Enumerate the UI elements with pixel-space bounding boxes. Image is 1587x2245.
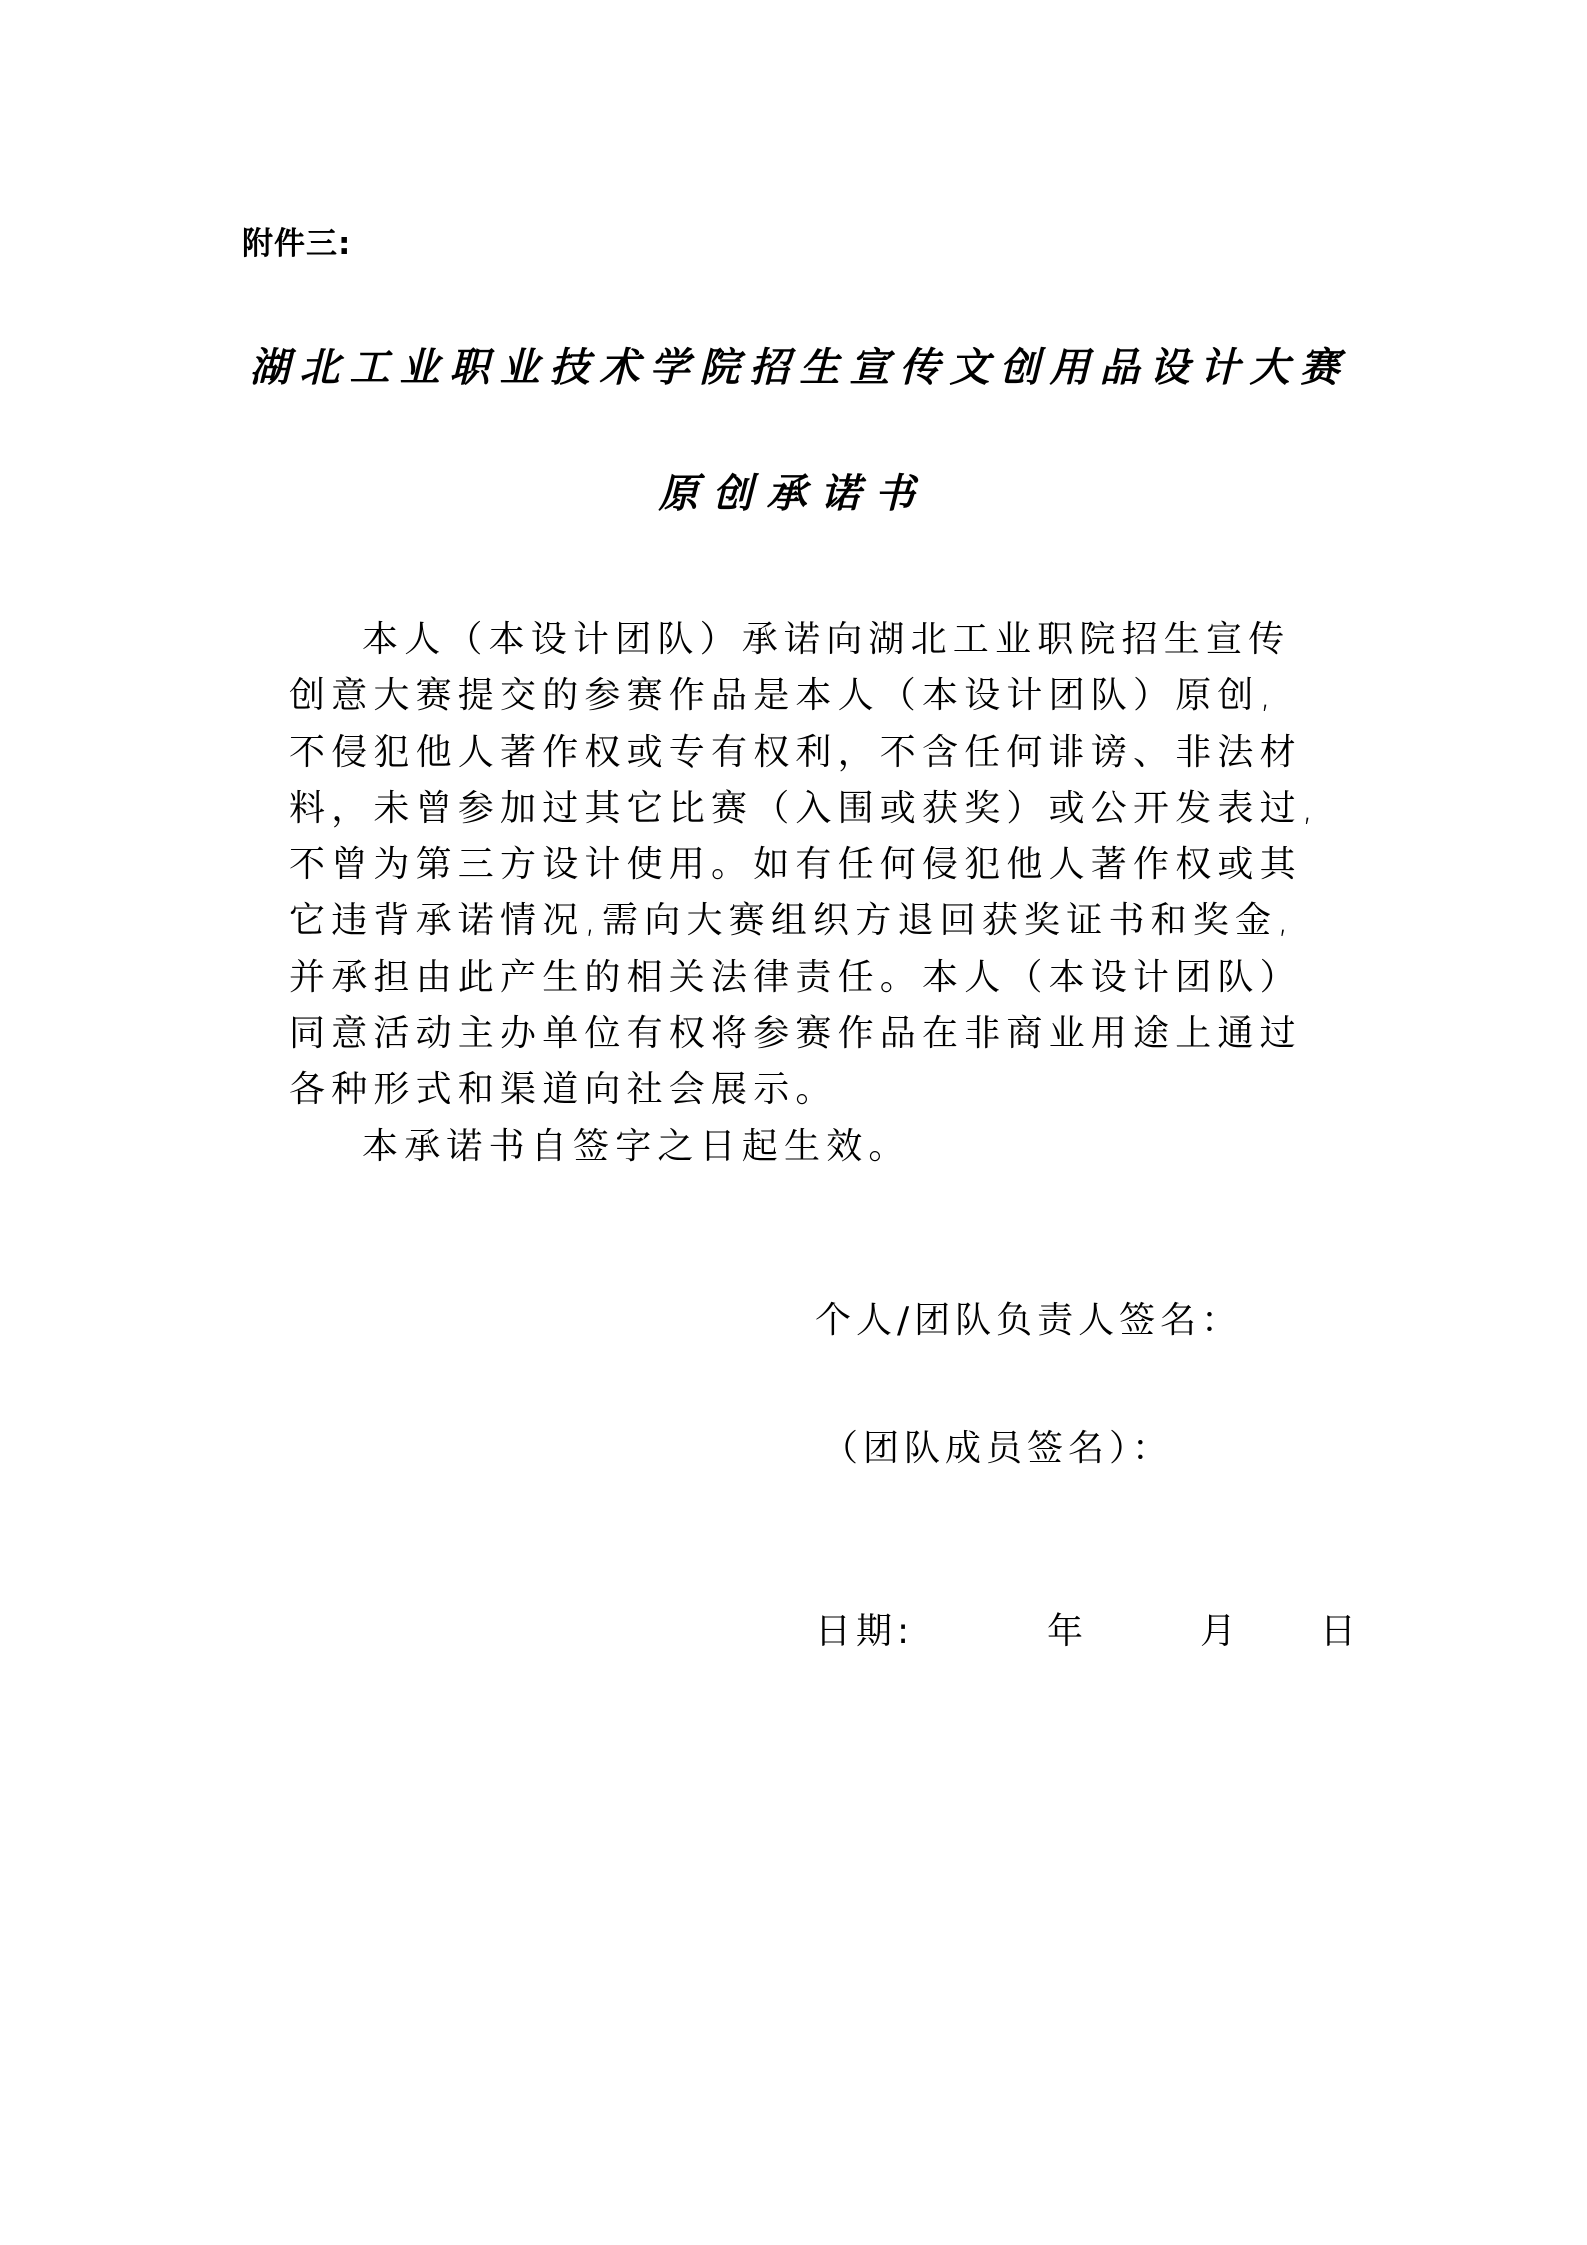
date-day-label: 日 bbox=[1320, 1603, 1361, 1654]
body-line: 本人（本设计团队）承诺向湖北工业职院招生宣传 bbox=[289, 612, 1309, 668]
document-page: 附件三: 湖北工业职业技术学院招生宣传文创用品设计大赛 原创承诺书 本人（本设计… bbox=[0, 0, 1587, 2245]
body-line: 各种形式和渠道向社会展示。 bbox=[289, 1062, 1309, 1118]
body-line: 它违背承诺情况,需向大赛组织方退回获奖证书和奖金, bbox=[289, 893, 1309, 949]
date-year-label: 年 bbox=[1047, 1603, 1088, 1654]
body-line: 料，未曾参加过其它比赛（入围或获奖）或公开发表过, bbox=[289, 781, 1309, 837]
body-line: 并承担由此产生的相关法律责任。本人（本设计团队） bbox=[289, 950, 1309, 1006]
leader-signature-label: 个人/团队负责人签名： bbox=[815, 1292, 1242, 1343]
body-line: 不侵犯他人著作权或专有权利，不含任何诽谤、非法材 bbox=[289, 725, 1309, 781]
date-label: 日期: bbox=[815, 1603, 914, 1654]
pledge-body: 本人（本设计团队）承诺向湖北工业职院招生宣传 创意大赛提交的参赛作品是本人（本设… bbox=[289, 612, 1309, 1175]
members-signature-label: （团队成员签名）： bbox=[822, 1420, 1173, 1471]
body-line: 不曾为第三方设计使用。如有任何侵犯他人著作权或其 bbox=[289, 837, 1309, 893]
date-month-label: 月 bbox=[1200, 1603, 1241, 1654]
body-line: 同意活动主办单位有权将参赛作品在非商业用途上通过 bbox=[289, 1006, 1309, 1062]
document-subtitle: 原创承诺书 bbox=[0, 462, 1587, 519]
attachment-label: 附件三: bbox=[242, 218, 351, 263]
body-line: 创意大赛提交的参赛作品是本人（本设计团队）原创, bbox=[289, 668, 1309, 724]
document-title: 湖北工业职业技术学院招生宣传文创用品设计大赛 bbox=[0, 336, 1587, 393]
effective-clause: 本承诺书自签字之日起生效。 bbox=[289, 1119, 1309, 1175]
